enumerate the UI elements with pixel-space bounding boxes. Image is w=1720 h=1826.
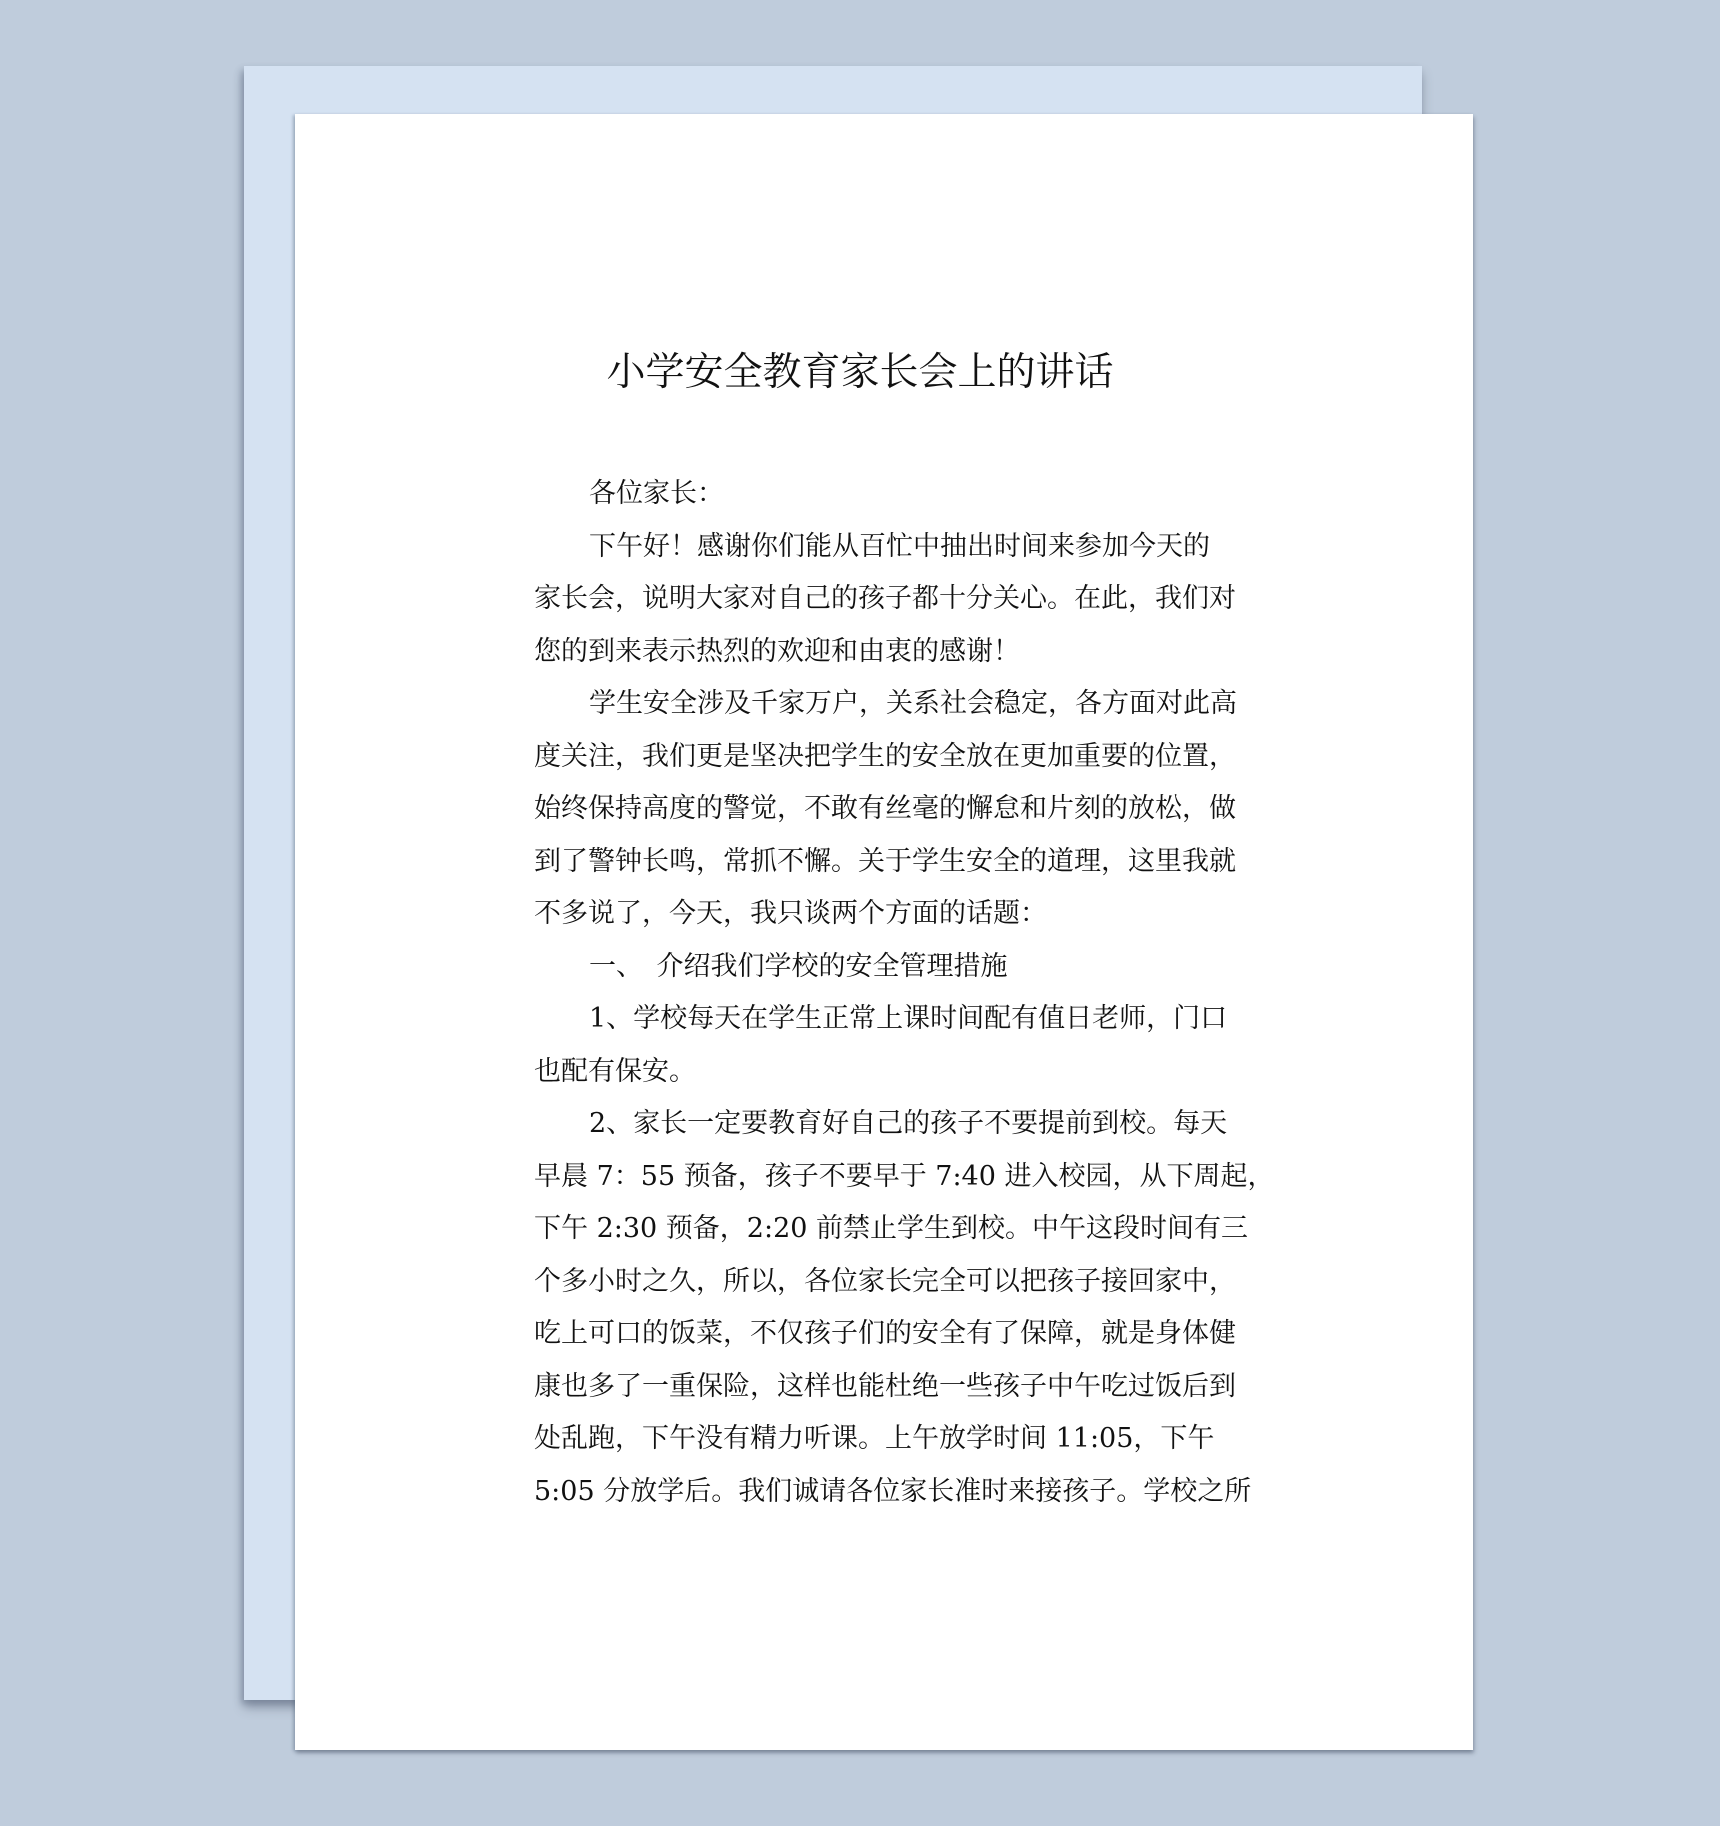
list-item-line: 康也多了一重保险，这样也能杜绝一些孩子中午吃过饭后到	[534, 1361, 1254, 1414]
salutation-line: 各位家长：	[534, 468, 1254, 521]
section-heading: 一、 介绍我们学校的安全管理措施	[534, 941, 1254, 994]
document-body: 各位家长： 下午好！感谢你们能从百忙中抽出时间来参加今天的 家长会，说明大家对自…	[534, 468, 1254, 1518]
paragraph-line: 您的到来表示热烈的欢迎和由衷的感谢！	[534, 626, 1254, 679]
list-item-line: 个多小时之久，所以，各位家长完全可以把孩子接回家中，	[534, 1256, 1254, 1309]
paragraph-line: 到了警钟长鸣，常抓不懈。关于学生安全的道理，这里我就	[534, 836, 1254, 889]
list-item-line: 5:05 分放学后。我们诚请各位家长准时来接孩子。学校之所	[534, 1466, 1254, 1519]
list-item-line: 下午 2:30 预备，2:20 前禁止学生到校。中午这段时间有三	[534, 1203, 1254, 1256]
paragraph-line: 不多说了，今天，我只谈两个方面的话题：	[534, 888, 1254, 941]
list-item-line: 早晨 7：55 预备，孩子不要早于 7:40 进入校园，从下周起，	[534, 1151, 1254, 1204]
list-item-line: 2、家长一定要教育好自己的孩子不要提前到校。每天	[534, 1098, 1254, 1151]
paragraph-line: 下午好！感谢你们能从百忙中抽出时间来参加今天的	[534, 521, 1254, 574]
paragraph-line: 度关注，我们更是坚决把学生的安全放在更加重要的位置，	[534, 731, 1254, 784]
list-item-line: 处乱跑，下午没有精力听课。上午放学时间 11:05，下午	[534, 1413, 1254, 1466]
list-item-line: 吃上可口的饭菜，不仅孩子们的安全有了保障，就是身体健	[534, 1308, 1254, 1361]
list-item-line: 1、学校每天在学生正常上课时间配有值日老师，门口	[534, 993, 1254, 1046]
paragraph-line: 始终保持高度的警觉，不敢有丝毫的懈怠和片刻的放松，做	[534, 783, 1254, 836]
document-title: 小学安全教育家长会上的讲话	[0, 350, 1720, 396]
list-item-line: 也配有保安。	[534, 1046, 1254, 1099]
paragraph-line: 学生安全涉及千家万户，关系社会稳定，各方面对此高	[534, 678, 1254, 731]
paragraph-line: 家长会，说明大家对自己的孩子都十分关心。在此，我们对	[534, 573, 1254, 626]
